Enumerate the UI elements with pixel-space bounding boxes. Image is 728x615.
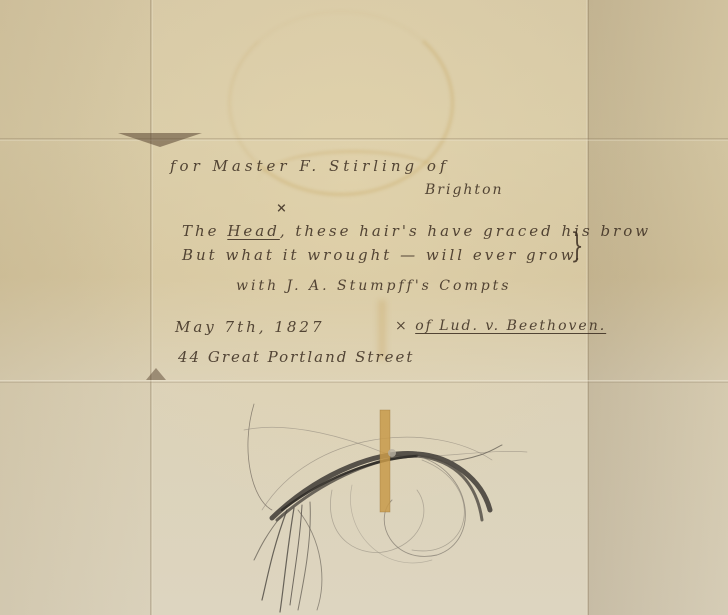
horizontal-fold-top [0,138,728,141]
vertical-fold-left [150,0,153,615]
verse-brace: } [571,226,585,266]
horizontal-fold-bottom [0,380,728,383]
address-line: for Master F. Stirling of [170,157,449,175]
fold-tear-bottom [146,368,166,380]
lock-of-hair [232,390,542,615]
attribution-text: of Lud. v. Beethoven. [415,318,606,334]
attribution-mark: × [395,318,409,334]
verse-line-2: But what it wrought — will ever grow. [182,246,583,264]
left-fold-panel [0,0,152,615]
verse-line-1-suffix: , these hair's have graced his brow [280,222,651,240]
vertical-fold-right [586,0,589,615]
address-town: Brighton [425,182,504,198]
compliments-line: with J. A. Stumpff's Compts [236,278,512,294]
verse-underlined-word: Head [227,222,280,240]
cross-mark: × [276,201,288,216]
letter-date: May 7th, 1827 [175,318,325,336]
street-address: 44 Great Portland Street [178,348,414,366]
right-fold-panel [588,0,728,615]
verse-line-1-prefix: The [182,222,227,240]
fold-tear-top [118,133,202,147]
letter-paper: for Master F. Stirling of Brighton × The… [0,0,728,615]
attribution-line: × of Lud. v. Beethoven. [395,318,606,334]
